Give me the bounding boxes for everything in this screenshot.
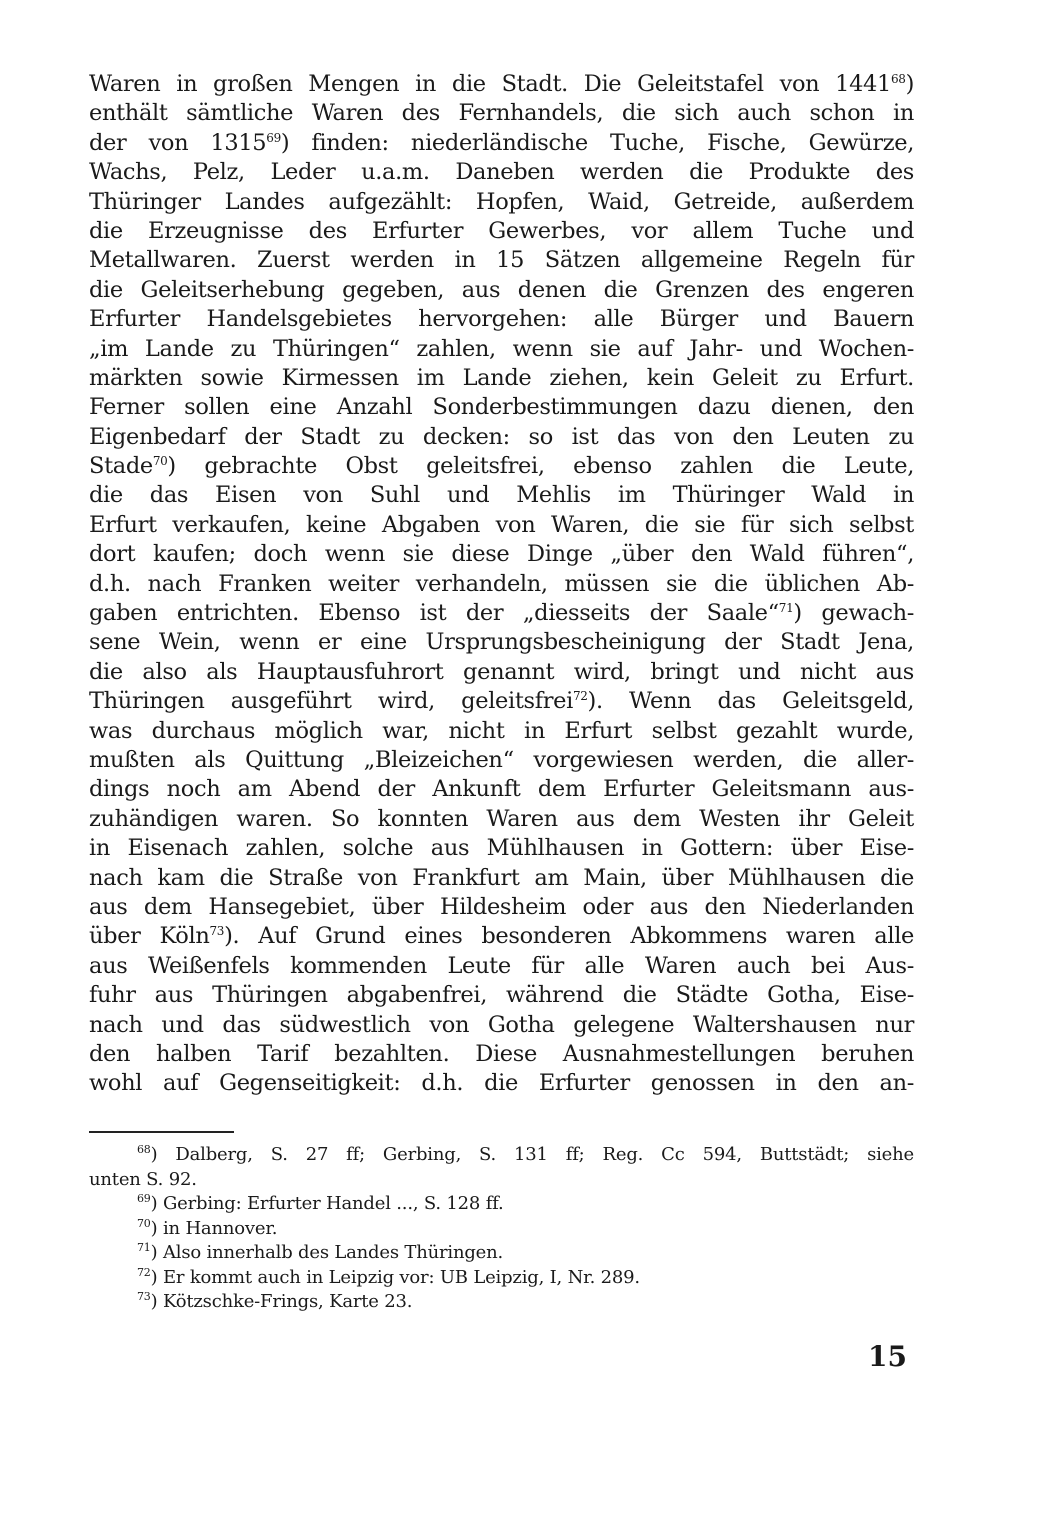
line-text: ). Wenn das Geleitsgeld,	[588, 688, 914, 714]
line-text: „im Lande zu Thüringen“ zahlen, wenn sie…	[89, 336, 914, 362]
line-text: aus Weißenfels kommenden Leute für alle …	[89, 953, 914, 979]
text-line: sene Wein, wenn er eine Ursprungsbeschei…	[89, 628, 914, 657]
line-text: )	[906, 71, 914, 97]
text-line: nach kam die Straße von Frankfurt am Mai…	[89, 864, 914, 893]
footnotes: 68) Dalberg, S. 27 ff; Gerbing, S. 131 f…	[89, 1143, 914, 1315]
text-line: aus Weißenfels kommenden Leute für alle …	[89, 952, 914, 981]
footnote-73: 73) Kötzschke-Frings, Karte 23.	[89, 1290, 914, 1315]
line-text: fuhr aus Thüringen abgabenfrei, während …	[89, 982, 914, 1008]
text-line: Thüringen ausgeführt wird, geleitsfrei72…	[89, 687, 914, 716]
line-text: ) gebrachte Obst geleitsfrei, ebenso zah…	[167, 453, 914, 479]
footnote-68-continuation: unten S. 92.	[89, 1168, 914, 1193]
text-line: in Eisenach zahlen, solche aus Mühlhause…	[89, 834, 914, 863]
body-text: Waren in großen Mengen in die Stadt. Die…	[89, 70, 914, 1099]
line-text: Ferner sollen eine Anzahl Sonderbestimmu…	[89, 394, 914, 420]
text-line: Thüringer Landes aufgezählt: Hopfen, Wai…	[89, 188, 914, 217]
footnote-number: 71	[137, 1241, 151, 1254]
footnote-paren: )	[151, 1291, 163, 1312]
text-line: die Erzeugnisse des Erfurter Gewerbes, v…	[89, 217, 914, 246]
line-text: dort kaufen; doch wenn sie diese Dinge „…	[89, 541, 914, 567]
text-line: über Köln73). Auf Grund eines besonderen…	[89, 922, 914, 951]
text-line: Eigenbedarf der Stadt zu decken: so ist …	[89, 423, 914, 452]
text-line: fuhr aus Thüringen abgabenfrei, während …	[89, 981, 914, 1010]
footnote-text: Gerbing: Erfurter Handel ..., S. 128 ff.	[163, 1193, 504, 1214]
footnote-text: in Hannover.	[163, 1218, 277, 1239]
text-line: d.h. nach Franken weiter verhandeln, müs…	[89, 570, 914, 599]
line-text: Erfurter Handelsgebietes hervorgehen: al…	[89, 306, 914, 332]
line-text: Stade	[89, 453, 153, 479]
line-text: gaben entrichten. Ebenso ist der „diesse…	[89, 600, 779, 626]
text-line: zuhändigen waren. So konnten Waren aus d…	[89, 805, 914, 834]
footnote-text: Er kommt auch in Leipzig vor: UB Leipzig…	[163, 1267, 640, 1288]
text-line: Waren in großen Mengen in die Stadt. Die…	[89, 70, 914, 99]
text-line: Erfurt verkaufen, keine Abgaben von Ware…	[89, 511, 914, 540]
footnote-paren: )	[151, 1218, 163, 1239]
text-line: gaben entrichten. Ebenso ist der „diesse…	[89, 599, 914, 628]
line-text: Thüringer Landes aufgezählt: Hopfen, Wai…	[89, 189, 914, 215]
footnote-divider	[89, 1131, 234, 1133]
footnote-text: Also innerhalb des Landes Thüringen.	[163, 1242, 503, 1263]
text-line: Wachs, Pelz, Leder u.a.m. Daneben werden…	[89, 158, 914, 187]
footnote-paren: )	[151, 1144, 176, 1165]
line-text: die Erzeugnisse des Erfurter Gewerbes, v…	[89, 218, 914, 244]
footnote-ref: 71	[779, 601, 794, 615]
line-text: Thüringen ausgeführt wird, geleitsfrei	[89, 688, 573, 714]
text-line: nach und das südwestlich von Gotha geleg…	[89, 1011, 914, 1040]
footnote-71: 71) Also innerhalb des Landes Thüringen.	[89, 1241, 914, 1266]
line-text: nach und das südwestlich von Gotha geleg…	[89, 1012, 914, 1038]
footnote-69: 69) Gerbing: Erfurter Handel ..., S. 128…	[89, 1192, 914, 1217]
line-text: Eigenbedarf der Stadt zu decken: so ist …	[89, 424, 914, 450]
text-line: „im Lande zu Thüringen“ zahlen, wenn sie…	[89, 335, 914, 364]
line-text: die das Eisen von Suhl und Mehlis im Thü…	[89, 482, 914, 508]
line-text: d.h. nach Franken weiter verhandeln, müs…	[89, 571, 914, 597]
line-text: über Köln	[89, 923, 210, 949]
footnote-number: 73	[137, 1290, 151, 1303]
line-text: Wachs, Pelz, Leder u.a.m. Daneben werden…	[89, 159, 914, 185]
line-text: den halben Tarif bezahlten. Diese Ausnah…	[89, 1041, 914, 1067]
text-line: Ferner sollen eine Anzahl Sonderbestimmu…	[89, 393, 914, 422]
line-text: wohl auf Gegenseitigkeit: d.h. die Erfur…	[89, 1070, 914, 1096]
book-page: Waren in großen Mengen in die Stadt. Die…	[0, 0, 1063, 1535]
text-line: enthält sämtliche Waren des Fernhandels,…	[89, 99, 914, 128]
text-line: dings noch am Abend der Ankunft dem Erfu…	[89, 775, 914, 804]
line-text: was durchaus möglich war, nicht in Erfur…	[89, 718, 914, 744]
text-line: den halben Tarif bezahlten. Diese Ausnah…	[89, 1040, 914, 1069]
footnote-text: unten S. 92.	[89, 1169, 197, 1190]
line-text: dings noch am Abend der Ankunft dem Erfu…	[89, 776, 914, 802]
text-line: dort kaufen; doch wenn sie diese Dinge „…	[89, 540, 914, 569]
text-line: Metallwaren. Zuerst werden in 15 Sätzen …	[89, 246, 914, 275]
line-text: der von 1315	[89, 130, 266, 156]
footnote-ref: 73	[210, 924, 225, 938]
text-line: die das Eisen von Suhl und Mehlis im Thü…	[89, 481, 914, 510]
text-line: der von 131569) finden: niederländische …	[89, 129, 914, 158]
line-text: sene Wein, wenn er eine Ursprungsbeschei…	[89, 629, 914, 655]
footnote-ref: 72	[573, 689, 588, 703]
footnote-paren: )	[151, 1193, 163, 1214]
footnote-70: 70) in Hannover.	[89, 1217, 914, 1242]
line-text: aus dem Hansegebiet, über Hildesheim ode…	[89, 894, 914, 920]
text-line: aus dem Hansegebiet, über Hildesheim ode…	[89, 893, 914, 922]
text-line: Stade70) gebrachte Obst geleitsfrei, ebe…	[89, 452, 914, 481]
footnote-number: 72	[137, 1266, 151, 1279]
line-text: die also als Hauptausfuhrort genannt wir…	[89, 659, 914, 685]
line-text: enthält sämtliche Waren des Fernhandels,…	[89, 100, 914, 126]
footnote-paren: )	[151, 1267, 163, 1288]
line-text: märkten sowie Kirmessen im Lande ziehen,…	[89, 365, 914, 391]
footnote-number: 68	[137, 1143, 151, 1156]
footnote-text: Kötzschke-Frings, Karte 23.	[163, 1291, 412, 1312]
line-text: Waren in großen Mengen in die Stadt. Die…	[89, 71, 891, 97]
footnote-ref: 68	[891, 72, 906, 86]
line-text: in Eisenach zahlen, solche aus Mühlhause…	[89, 835, 914, 861]
footnote-ref: 69	[266, 131, 281, 145]
footnote-number: 69	[137, 1192, 151, 1205]
footnote-paren: )	[151, 1242, 163, 1263]
line-text: ) gewach-	[793, 600, 914, 626]
text-line: die Geleitserhebung gegeben, aus denen d…	[89, 276, 914, 305]
line-text: die Geleitserhebung gegeben, aus denen d…	[89, 277, 914, 303]
line-text: mußten als Quittung „Bleizeichen“ vorgew…	[89, 747, 914, 773]
text-line: wohl auf Gegenseitigkeit: d.h. die Erfur…	[89, 1069, 914, 1098]
line-text: ). Auf Grund eines besonderen Abkommens …	[224, 923, 914, 949]
footnote-text: Dalberg, S. 27 ff; Gerbing, S. 131 ff; R…	[175, 1144, 914, 1165]
line-text: ) finden: niederländische Tuche, Fische,…	[281, 130, 914, 156]
page-number: 15	[868, 1340, 907, 1373]
text-line: mußten als Quittung „Bleizeichen“ vorgew…	[89, 746, 914, 775]
text-line: märkten sowie Kirmessen im Lande ziehen,…	[89, 364, 914, 393]
text-line: die also als Hauptausfuhrort genannt wir…	[89, 658, 914, 687]
footnote-68: 68) Dalberg, S. 27 ff; Gerbing, S. 131 f…	[89, 1143, 914, 1168]
footnote-number: 70	[137, 1217, 151, 1230]
text-line: was durchaus möglich war, nicht in Erfur…	[89, 717, 914, 746]
footnote-72: 72) Er kommt auch in Leipzig vor: UB Lei…	[89, 1266, 914, 1291]
footnote-ref: 70	[153, 454, 168, 468]
line-text: Erfurt verkaufen, keine Abgaben von Ware…	[89, 512, 914, 538]
line-text: nach kam die Straße von Frankfurt am Mai…	[89, 865, 914, 891]
line-text: Metallwaren. Zuerst werden in 15 Sätzen …	[89, 247, 914, 273]
text-line: Erfurter Handelsgebietes hervorgehen: al…	[89, 305, 914, 334]
line-text: zuhändigen waren. So konnten Waren aus d…	[89, 806, 914, 832]
